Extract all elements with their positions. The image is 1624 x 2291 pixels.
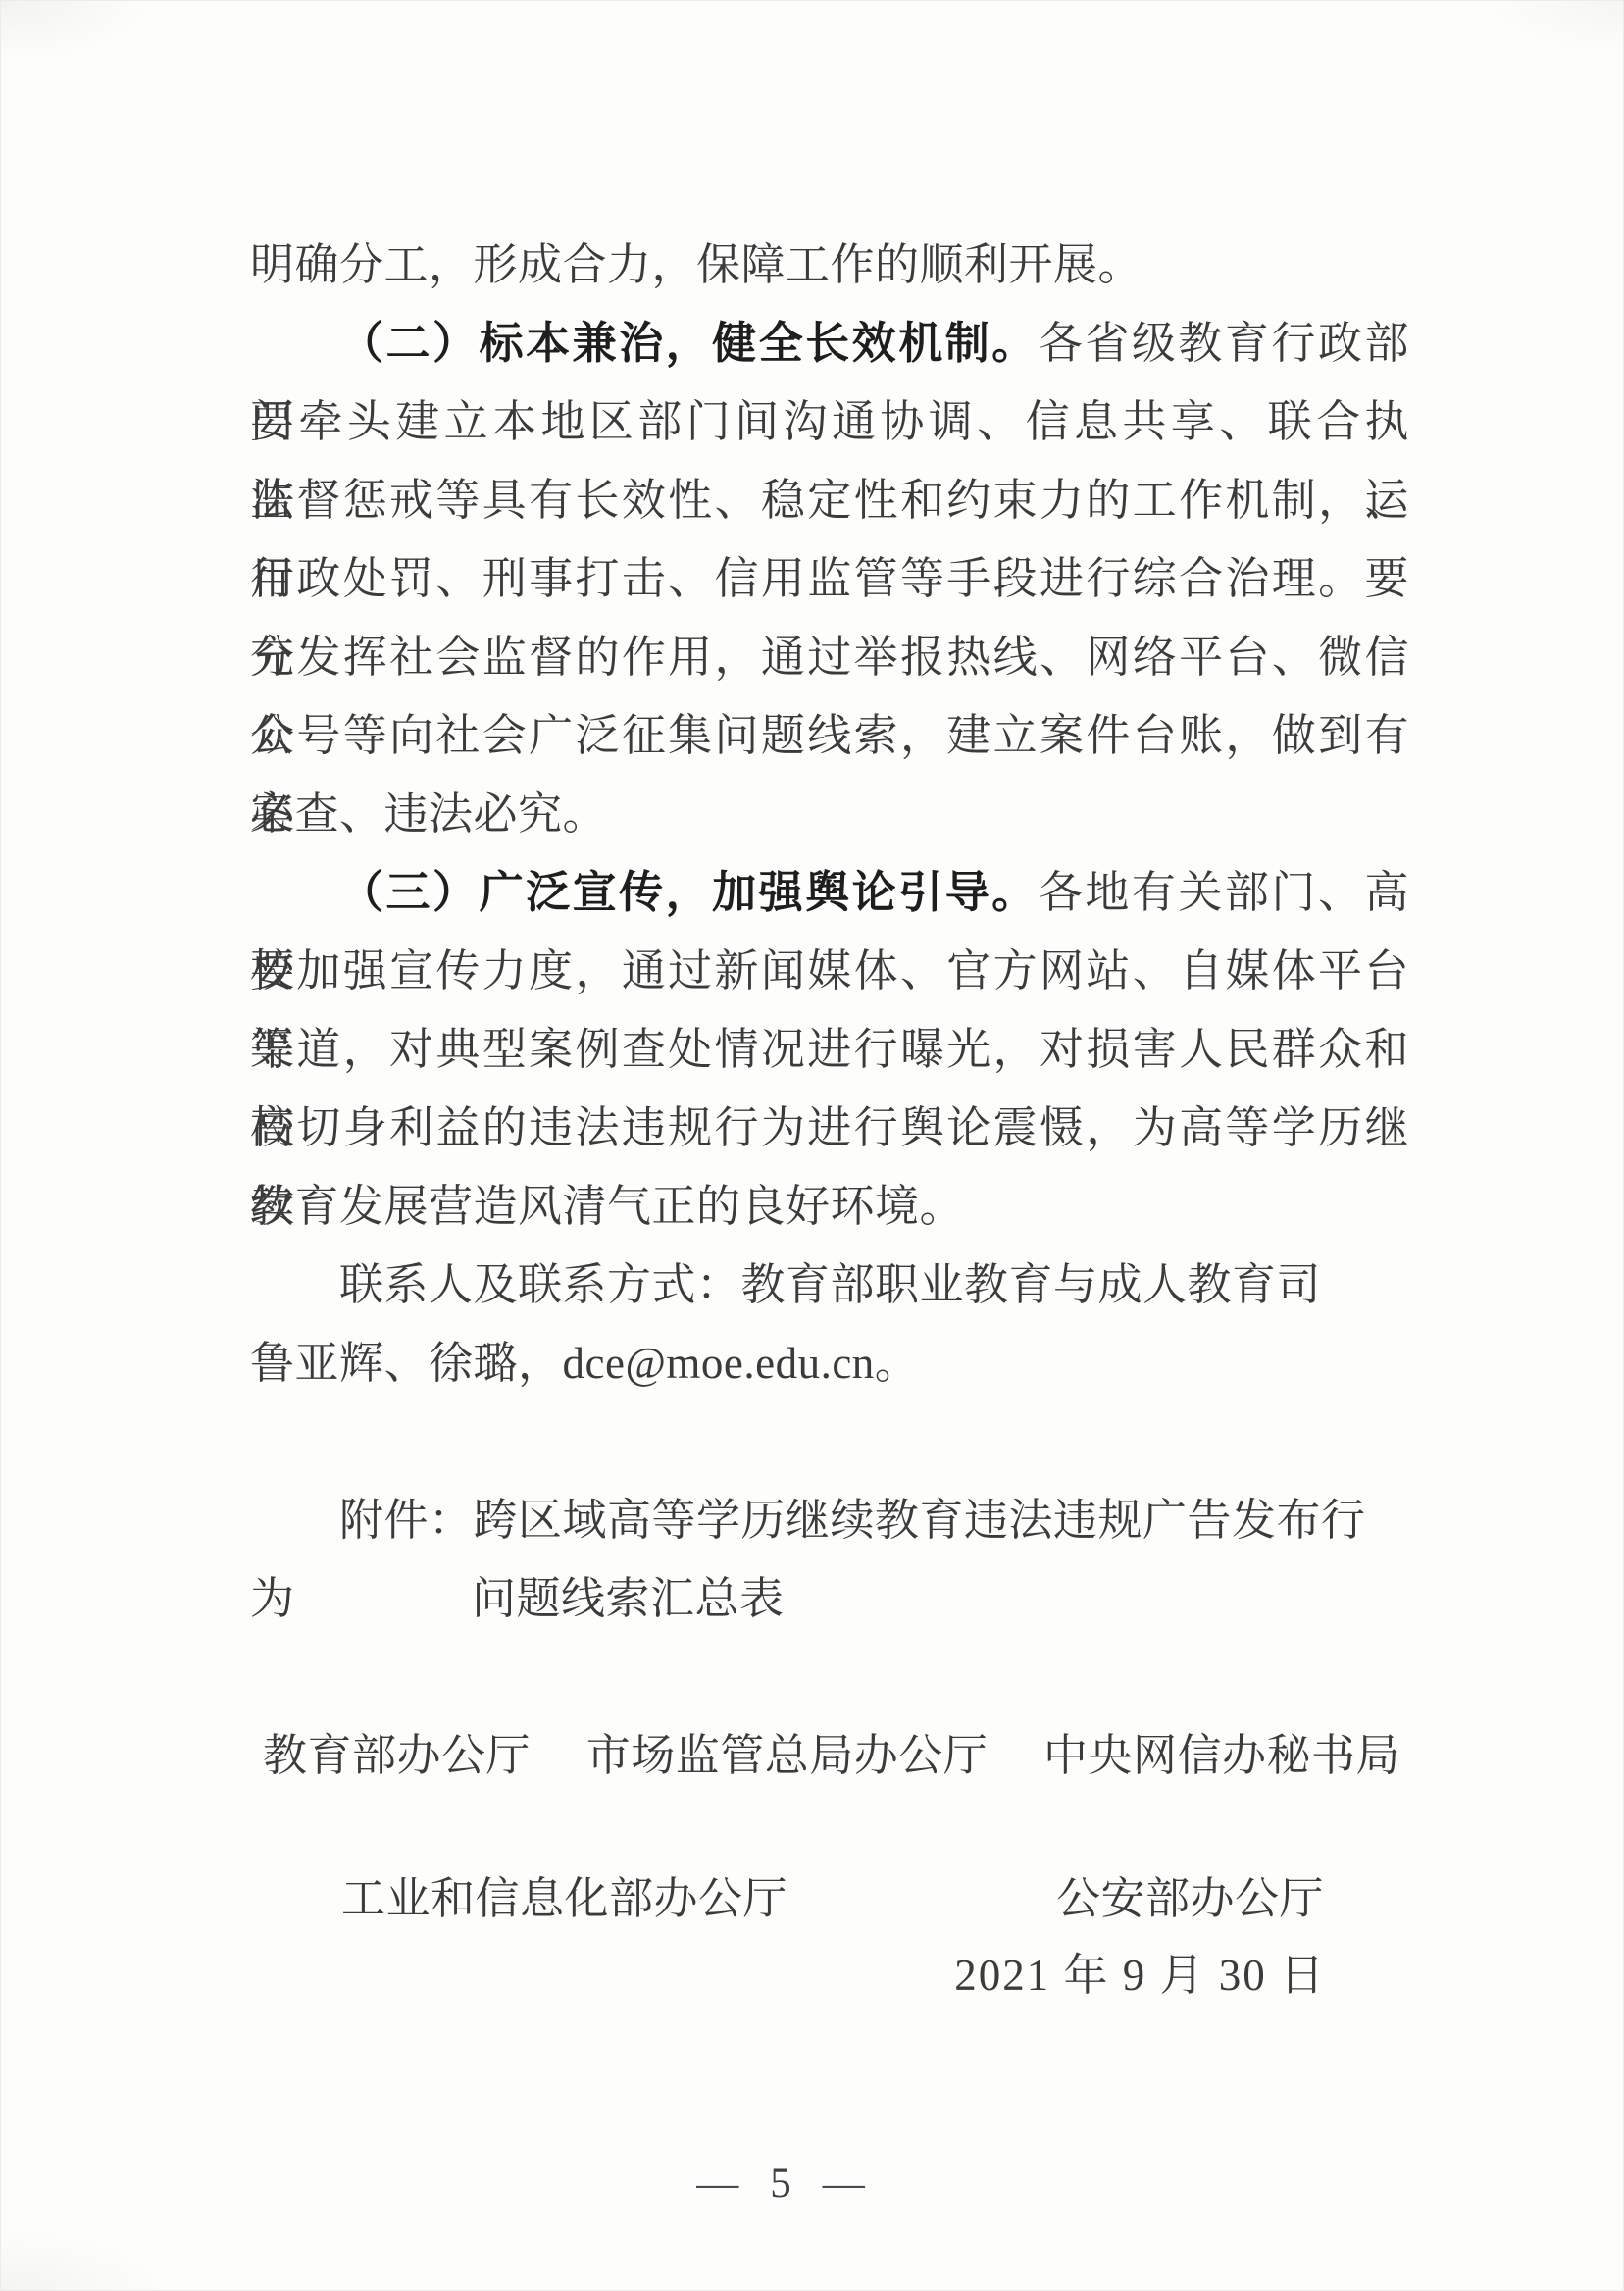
- section2-heading: （二）标本兼治，健全长效机制。: [339, 319, 1039, 368]
- page-number-dash-right: —: [823, 2150, 865, 2218]
- section2-lead-line: （二）标本兼治，健全长效机制。各省级教育行政部门: [250, 304, 1409, 382]
- section3-body-line: 渠道，对典型案例查处情况进行曝光，对损害人民群众和高: [250, 1010, 1409, 1089]
- signature-org-moe: 教育部办公厅: [263, 1716, 531, 1795]
- body-text: 明确分工，形成合力，保障工作的顺利开展。 （二）标本兼治，健全长效机制。各省级教…: [250, 226, 1409, 1402]
- attachment-label: 附件：: [339, 1496, 474, 1545]
- attachment-title-line2: 问题线索汇总表: [250, 1559, 1409, 1638]
- section2-body-line: 分发挥社会监督的作用，通过举报热线、网络平台、微信公: [250, 618, 1409, 696]
- section2-body-line: 必查、违法必究。: [250, 775, 1409, 853]
- document-page: 明确分工，形成合力，保障工作的顺利开展。 （二）标本兼治，健全长效机制。各省级教…: [0, 0, 1624, 2291]
- intro-continuation-line: 明确分工，形成合力，保障工作的顺利开展。: [250, 226, 1409, 304]
- attachment-block: 附件：跨区域高等学历继续教育违法违规广告发布行为 问题线索汇总表: [250, 1481, 1409, 1638]
- attachment-title-line: 附件：跨区域高等学历继续教育违法违规广告发布行为: [250, 1481, 1409, 1559]
- page-number: 5: [770, 2150, 791, 2218]
- section3-lead-line: （三）广泛宣传，加强舆论引导。各地有关部门、高校: [250, 853, 1409, 932]
- section3-body-line: 教育发展营造风清气正的良好环境。: [250, 1167, 1409, 1246]
- page-number-dash-left: —: [696, 2150, 738, 2218]
- contact-line: 联系人及联系方式：教育部职业教育与成人教育司: [250, 1246, 1409, 1324]
- issue-date: 2021 年 9 月 30 日: [250, 1936, 1326, 2014]
- signature-org-cac: 中央网信办秘书局: [1043, 1716, 1400, 1795]
- signature-org-miit: 工业和信息化部办公厅: [341, 1859, 787, 1938]
- section2-body-line: 行政处罚、刑事打击、信用监管等手段进行综合治理。要充: [250, 539, 1409, 618]
- section2-body-line: 监督惩戒等具有长效性、稳定性和约束力的工作机制，运用: [250, 461, 1409, 539]
- contact-line-email: 鲁亚辉、徐璐，dce@moe.edu.cn。: [250, 1324, 1409, 1402]
- section3-body-line: 要加强宣传力度，通过新闻媒体、官方网站、自媒体平台等: [250, 932, 1409, 1010]
- section3-heading: （三）广泛宣传，加强舆论引导。: [339, 868, 1039, 917]
- section2-body-line: 要牵头建立本地区部门间沟通协调、信息共享、联合执法、: [250, 382, 1409, 461]
- section3-body-line: 校切身利益的违法违规行为进行舆论震慑，为高等学历继续: [250, 1089, 1409, 1167]
- section2-body-line: 众号等向社会广泛征集问题线索，建立案件台账，做到有案: [250, 696, 1409, 775]
- signature-org-samr: 市场监管总局办公厅: [586, 1716, 989, 1795]
- signature-org-mps: 公安部办公厅: [1056, 1859, 1324, 1938]
- signature-row-1: 教育部办公厅 市场监管总局办公厅 中央网信办秘书局: [263, 1716, 1400, 1795]
- page-number-footer: — 5 —: [0, 2150, 1561, 2218]
- signature-row-2: 工业和信息化部办公厅 公安部办公厅: [341, 1859, 1324, 1938]
